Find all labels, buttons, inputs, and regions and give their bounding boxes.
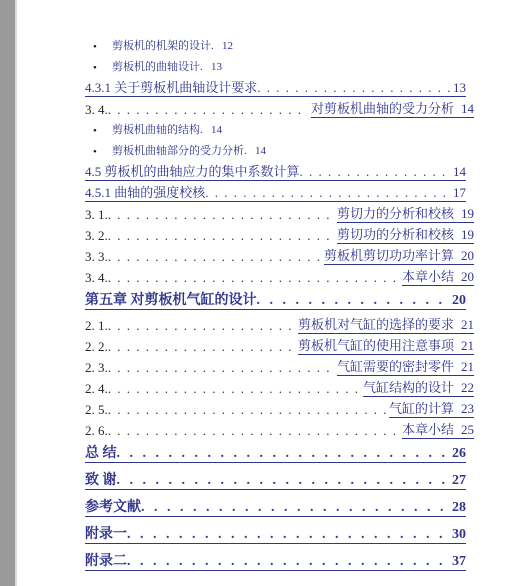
page-number: 27 (452, 473, 466, 489)
toc-link[interactable]: 剪切力的分析和校核19 (337, 206, 474, 223)
toc-entry-title: 剪板机气缸的使用注意事项 (298, 338, 454, 354)
page-number: 22 (461, 380, 474, 396)
dot-leader (108, 102, 311, 118)
toc-entry-number: 2. 6. (85, 423, 108, 439)
dot-leader (200, 122, 208, 138)
page-number: 20 (452, 293, 466, 309)
toc-entry-title: 剪切力的分析和校核 (337, 206, 454, 222)
page-number: 21 (461, 359, 474, 375)
toc-entry-title: 对剪板机曲轴的受力分析 (311, 101, 454, 117)
toc-entry: 附录一30 (85, 522, 466, 549)
toc-entry-number: 3. 3. (85, 249, 108, 265)
dot-leader (257, 293, 450, 309)
toc-entry-title: 剪板机曲轴的结构 (112, 122, 200, 138)
toc-entry: 3. 4.对剪板机曲轴的受力分析14 (85, 99, 474, 120)
toc-entry: 3. 4.本章小结20 (85, 267, 474, 288)
toc-entry: 3. 3.剪板机剪切功功率计算20 (85, 246, 474, 267)
toc-entry: 附录二37 (85, 549, 466, 576)
page-number: 25 (461, 422, 474, 438)
page-number: 19 (461, 227, 474, 243)
toc-entry: 4.5.1 曲轴的强度校核17 (85, 183, 466, 204)
toc-entry-number: 2. 4. (85, 381, 108, 397)
toc-link[interactable]: 附录一30 (85, 527, 466, 544)
toc-link[interactable]: 4.5 剪板机的曲轴应力的集中系数计算14 (85, 164, 466, 181)
toc-entry-title: 本章小结 (402, 269, 454, 285)
toc-entry: 2. 3.气缸需要的密封零件21 (85, 357, 474, 378)
toc-entry-title: 剪板机的机架的设计 (112, 38, 211, 54)
dot-leader (205, 185, 450, 201)
dot-leader (200, 59, 208, 75)
toc-entry-title: 参考文献 (85, 500, 141, 516)
page-number: 14 (255, 143, 266, 159)
dot-leader (244, 143, 252, 159)
toc-entry-number: 3. 4. (85, 102, 108, 118)
dot-leader (108, 270, 402, 286)
toc-link[interactable]: 致 谢27 (85, 473, 466, 490)
toc-entry-title: 剪板机剪切功功率计算 (324, 248, 454, 264)
page-number: 30 (452, 527, 466, 543)
toc-entry-title: 4.3.1 关于剪板机曲轴设计要求 (85, 80, 257, 96)
toc-entry-number: 2. 3. (85, 360, 108, 376)
page-number: 28 (452, 500, 466, 516)
toc-link[interactable]: 剪板机对气缸的选择的要求21 (298, 317, 474, 334)
dot-leader (211, 38, 219, 54)
toc-link[interactable]: 4.5.1 曲轴的强度校核17 (85, 185, 466, 202)
dot-leader (108, 360, 337, 376)
dot-leader (257, 80, 450, 96)
document-white-page: •剪板机的机架的设计12•剪板机的曲轴设计134.3.1 关于剪板机曲轴设计要求… (17, 0, 520, 586)
toc-entry-number: 3. 4. (85, 270, 108, 286)
toc-link[interactable]: 剪切功的分析和校核19 (337, 227, 474, 244)
toc-entry-title: 附录一 (85, 527, 127, 543)
toc-entry: 2. 6.本章小结25 (85, 420, 474, 441)
table-of-contents: •剪板机的机架的设计12•剪板机的曲轴设计134.3.1 关于剪板机曲轴设计要求… (85, 36, 466, 576)
toc-link[interactable]: 总 结26 (85, 446, 466, 463)
page-gutter (0, 0, 17, 586)
toc-link[interactable]: 4.3.1 关于剪板机曲轴设计要求13 (85, 80, 466, 97)
bullet-icon: • (89, 41, 112, 53)
dot-leader (300, 164, 450, 180)
toc-entry-title: 气缸结构的设计 (363, 380, 454, 396)
toc-link[interactable]: 附录二37 (85, 554, 466, 571)
page-number: 17 (453, 185, 466, 201)
bullet-icon: • (89, 146, 112, 158)
toc-link[interactable]: 气缸结构的设计22 (363, 380, 474, 397)
toc-link[interactable]: 气缸需要的密封零件21 (337, 359, 474, 376)
dot-leader (108, 318, 298, 334)
toc-entry: 3. 2.剪切功的分析和校核19 (85, 225, 474, 246)
page-number: 20 (461, 248, 474, 264)
bullet-icon: • (89, 125, 112, 137)
page-number: 13 (211, 59, 222, 75)
toc-entry: 2. 4.气缸结构的设计22 (85, 378, 474, 399)
dot-leader (127, 554, 449, 570)
toc-entry: 第五章 对剪板机气缸的设计20 (85, 288, 466, 315)
page-number: 13 (453, 80, 466, 96)
toc-entry-number: 2. 1. (85, 318, 108, 334)
toc-entry: 参考文献28 (85, 495, 466, 522)
toc-entry-title: 剪板机曲轴部分的受力分析 (112, 143, 244, 159)
dot-leader (108, 228, 337, 244)
page-number: 26 (452, 446, 466, 462)
toc-entry: 4.3.1 关于剪板机曲轴设计要求13 (85, 78, 466, 99)
toc-entry-title: 第五章 对剪板机气缸的设计 (85, 293, 257, 309)
toc-entry: •剪板机的曲轴设计13 (85, 57, 108, 78)
toc-link[interactable]: 剪板机气缸的使用注意事项21 (298, 338, 474, 355)
toc-entry-title: 总 结 (85, 446, 117, 462)
dot-leader (117, 473, 450, 489)
dot-leader (108, 402, 389, 418)
toc-entry-title: 气缸的计算 (389, 401, 454, 417)
toc-entry: 2. 2.剪板机气缸的使用注意事项21 (85, 336, 474, 357)
dot-leader (108, 423, 402, 439)
toc-entry: 4.5 剪板机的曲轴应力的集中系数计算14 (85, 162, 466, 183)
toc-entry-title: 4.5 剪板机的曲轴应力的集中系数计算 (85, 164, 300, 180)
toc-link[interactable]: 本章小结25 (402, 422, 474, 439)
toc-entry: 2. 1.剪板机对气缸的选择的要求21 (85, 315, 474, 336)
dot-leader (108, 249, 324, 265)
dot-leader (108, 339, 298, 355)
toc-entry-title: 附录二 (85, 554, 127, 570)
toc-entry-title: 剪板机对气缸的选择的要求 (298, 317, 454, 333)
page-number: 14 (211, 122, 222, 138)
dot-leader (117, 446, 450, 462)
toc-entry-number: 2. 5. (85, 402, 108, 418)
toc-entry: •剪板机的机架的设计12 (85, 36, 108, 57)
page-number: 14 (453, 164, 466, 180)
page-number: 21 (461, 317, 474, 333)
bullet-icon: • (89, 62, 112, 74)
page-number: 23 (461, 401, 474, 417)
page-number: 21 (461, 338, 474, 354)
dot-leader (108, 381, 363, 397)
toc-entry: 致 谢27 (85, 468, 466, 495)
toc-entry: 总 结26 (85, 441, 466, 468)
toc-entry-number: 3. 1. (85, 207, 108, 223)
page-number: 14 (461, 101, 474, 117)
toc-entry-title: 气缸需要的密封零件 (337, 359, 454, 375)
toc-entry: 2. 5.气缸的计算23 (85, 399, 474, 420)
toc-link[interactable]: 参考文献28 (85, 500, 466, 517)
toc-entry-number: 3. 2. (85, 228, 108, 244)
toc-entry-number: 2. 2. (85, 339, 108, 355)
toc-entry-title: 剪板机的曲轴设计 (112, 59, 200, 75)
dot-leader (108, 207, 337, 223)
toc-link[interactable]: 本章小结20 (402, 269, 474, 286)
dot-leader (127, 527, 449, 543)
toc-entry-title: 致 谢 (85, 473, 117, 489)
toc-entry-title: 剪切功的分析和校核 (337, 227, 454, 243)
toc-link[interactable]: 对剪板机曲轴的受力分析14 (311, 101, 474, 118)
toc-link[interactable]: 剪板机剪切功功率计算20 (324, 248, 474, 265)
toc-link[interactable]: 第五章 对剪板机气缸的设计20 (85, 293, 466, 310)
page-number: 12 (222, 38, 233, 54)
toc-entry: •剪板机曲轴的结构14 (85, 120, 108, 141)
page-number: 20 (461, 269, 474, 285)
page-number: 19 (461, 206, 474, 222)
toc-entry-title: 本章小结 (402, 422, 454, 438)
toc-entry: 3. 1.剪切力的分析和校核19 (85, 204, 474, 225)
toc-entry-title: 4.5.1 曲轴的强度校核 (85, 185, 205, 201)
toc-entry: •剪板机曲轴部分的受力分析14 (85, 141, 108, 162)
document-page: { "appearance": { "gutter_color": "#9a9a… (0, 0, 520, 586)
dot-leader (141, 500, 449, 516)
toc-link[interactable]: 气缸的计算23 (389, 401, 474, 418)
page-number: 37 (452, 554, 466, 570)
